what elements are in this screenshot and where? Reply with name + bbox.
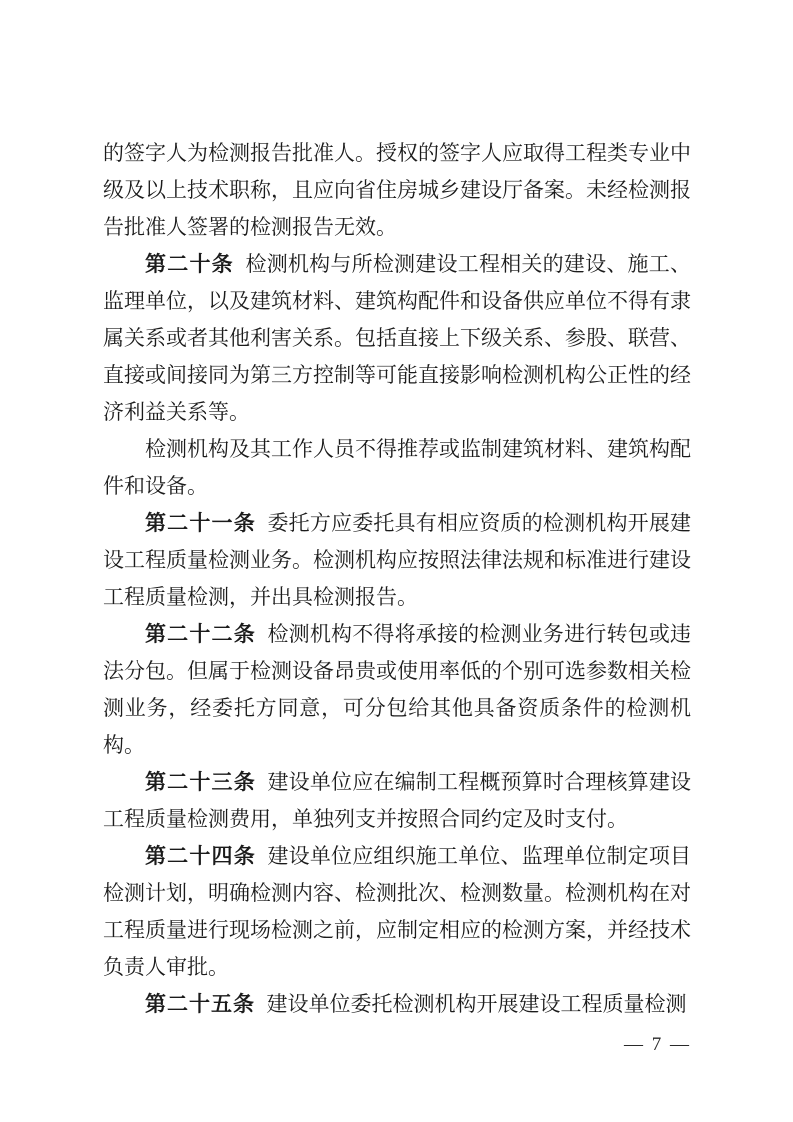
article-title: 第二十四条 — [145, 844, 256, 868]
paragraph-text: 检测机构及其工作人员不得推荐或监制建筑材料、建筑构配件和设备。 — [103, 437, 691, 498]
paragraph-text: 建设单位委托检测机构开展建设工程质量检测 — [267, 992, 687, 1016]
paragraph-article-22: 第二十二条检测机构不得将承接的检测业务进行转包或违法分包。但属于检测设备昂贵或使… — [103, 616, 691, 764]
document-body: 的签字人为检测报告批准人。授权的签字人应取得工程类专业中级及以上技术职称，且应向… — [103, 135, 691, 1023]
paragraph-plain: 检测机构及其工作人员不得推荐或监制建筑材料、建筑构配件和设备。 — [103, 431, 691, 505]
article-title: 第二十二条 — [145, 622, 256, 646]
paragraph-article-21: 第二十一条委托方应委托具有相应资质的检测机构开展建设工程质量检测业务。检测机构应… — [103, 505, 691, 616]
document-page: 的签字人为检测报告批准人。授权的签字人应取得工程类专业中级及以上技术职称，且应向… — [0, 0, 793, 1122]
paragraph-article-24: 第二十四条建设单位应组织施工单位、监理单位制定项目检测计划，明确检测内容、检测批… — [103, 838, 691, 986]
paragraph-article-25: 第二十五条建设单位委托检测机构开展建设工程质量检测 — [103, 986, 691, 1023]
article-title: 第二十五条 — [145, 992, 255, 1016]
paragraph-article-23: 第二十三条建设单位应在编制工程概预算时合理核算建设工程质量检测费用，单独列支并按… — [103, 764, 691, 838]
article-title: 第二十一条 — [145, 511, 256, 535]
page-number: — 7 — — [624, 1031, 691, 1059]
paragraph-text: 的签字人为检测报告批准人。授权的签字人应取得工程类专业中级及以上技术职称，且应向… — [103, 141, 691, 239]
paragraph-continuation: 的签字人为检测报告批准人。授权的签字人应取得工程类专业中级及以上技术职称，且应向… — [103, 135, 691, 246]
article-title: 第二十条 — [145, 252, 234, 276]
article-title: 第二十三条 — [145, 770, 256, 794]
paragraph-text: 检测机构与所检测建设工程相关的建设、施工、监理单位，以及建筑材料、建筑构配件和设… — [103, 252, 691, 424]
paragraph-article-20: 第二十条检测机构与所检测建设工程相关的建设、施工、监理单位，以及建筑材料、建筑构… — [103, 246, 691, 431]
